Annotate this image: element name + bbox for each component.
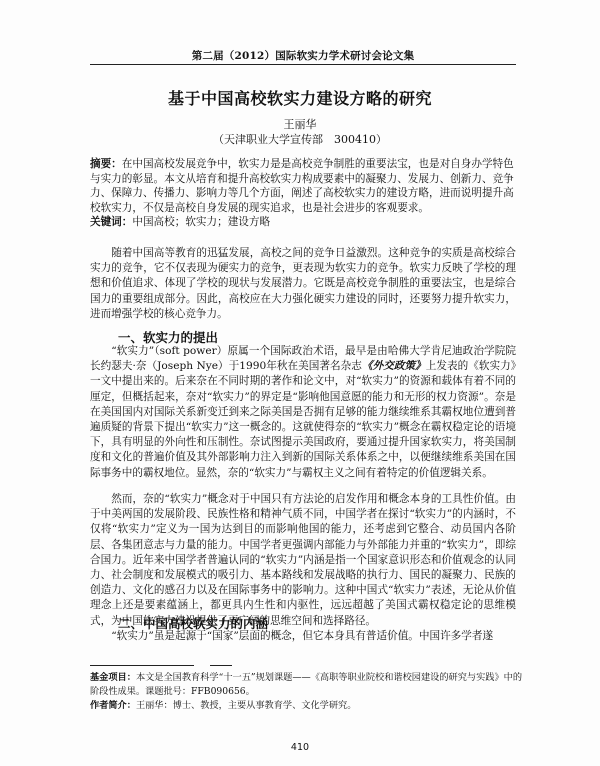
footnote-rule-fragment (210, 665, 232, 666)
footnote-author: 作者简介：王丽华：博士、教授，主要从事教育学、文化学研究。 (90, 699, 530, 713)
author-affiliation: （天津职业大学宣传部 300410） (60, 131, 540, 147)
section2-paragraph-1: “软实力”虽是起源于“国家”层面的概念，但它本身具有普适价值。中国许多学者遂 (90, 629, 516, 644)
paper-title: 基于中国高校软实力建设方略的研究 (60, 86, 540, 109)
header-rule (90, 64, 516, 65)
section1-paragraph-2: 然而，奈的“软实力”概念对于中国只有方法论的启发作用和概念本身的工具性价值。由于… (90, 492, 516, 629)
author-bio-label: 作者简介： (90, 700, 136, 711)
section1-paragraph-1: “软实力”（soft power）原属一个国际政治术语，最早是由哈佛大学肯尼迪政… (90, 344, 516, 481)
abstract-text: 在中国高校发展竞争中，软实力是是高校竞争制胜的重要法宝，也是对自身办学特色与实力… (90, 158, 514, 214)
section1-para1-text-b: 上发表的《软实力》一文中提出来的。后来奈在不同时期的著作和论文中，对“软实力”的… (90, 360, 516, 478)
footnotes: 基金项目：本文是全国教育科学“十一五”规划课题——《高职等职业院校和谐校园建设的… (90, 671, 530, 713)
footnote-rule (90, 665, 194, 666)
intro-paragraph: 随着中国高等教育的迅猛发展，高校之间的竞争日益激烈。这种竞争的实质是高校综合实力… (90, 246, 516, 322)
fund-label: 基金项目： (90, 672, 136, 683)
journal-title: 《外交政策》 (362, 360, 426, 372)
page-number: 410 (280, 742, 320, 753)
keywords: 关键词：中国高校；软实力；建设方略 (90, 215, 516, 229)
keywords-text: 中国高校；软实力；建设方略 (132, 216, 270, 228)
footnote-fund: 基金项目：本文是全国教育科学“十一五”规划课题——《高职等职业院校和谐校园建设的… (90, 671, 530, 699)
keywords-label: 关键词： (90, 216, 132, 228)
author-bio-text: 王丽华：博士、教授，主要从事教育学、文化学研究。 (136, 700, 357, 711)
author-name: 王丽华 (60, 116, 540, 132)
abstract: 摘要：在中国高校发展竞争中，软实力是是高校竞争制胜的重要法宝，也是对自身办学特色… (90, 157, 516, 215)
running-header: 第二届（2012）国际软实力学术研讨会论文集 (90, 48, 516, 63)
abstract-label: 摘要： (90, 158, 122, 170)
document-page: 第二届（2012）国际软实力学术研讨会论文集 基于中国高校软实力建设方略的研究 … (0, 0, 600, 766)
fund-text: 本文是全国教育科学“十一五”规划课题——《高职等职业院校和谐校园建设的研究与实践… (90, 672, 522, 697)
